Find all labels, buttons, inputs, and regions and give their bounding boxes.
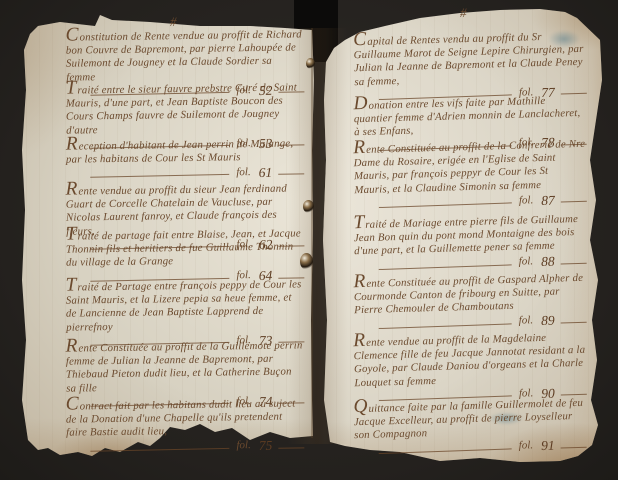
folio-row: fol.75 xyxy=(66,439,304,455)
flourish-line xyxy=(90,448,229,452)
entry-text: Capital de Rentes vendu au proffit du Sr… xyxy=(353,27,586,89)
flourish-line xyxy=(561,201,587,203)
flourish-line xyxy=(379,323,512,329)
folio-number: 91 xyxy=(541,439,555,453)
entry-text: Rente Constituée au proffit de la Guille… xyxy=(66,336,305,395)
register-entry: Quittance faite par la famille Guillermo… xyxy=(353,394,587,458)
entry-text: Traité de partage fait entre Blaise, Jea… xyxy=(66,224,305,270)
folio-label: fol. xyxy=(519,315,534,329)
entry-text: Rente vendue au proffit de la Magdelaine… xyxy=(353,328,586,390)
entry-text: Rente Constituée au proffit de la Confre… xyxy=(353,135,586,197)
register-entry: Rente Constituée au proffit de Gaspard A… xyxy=(353,269,587,333)
folio-label: fol. xyxy=(236,166,251,179)
entry-text: Quittance faite par la famille Guillermo… xyxy=(353,394,586,443)
folio-number: 88 xyxy=(541,255,555,269)
folio-label: fol. xyxy=(519,256,534,270)
flourish-line xyxy=(379,448,512,454)
stitch-hole xyxy=(303,200,314,213)
flourish-line xyxy=(561,446,587,448)
flourish-line xyxy=(90,174,229,178)
folio-number: 75 xyxy=(259,439,273,452)
gutter-crease xyxy=(311,28,313,438)
entry-text: Donation entre les vifs faite par Mathil… xyxy=(353,91,586,140)
flourish-line xyxy=(379,264,512,270)
register-entry: Rente Constituée au proffit de la Confre… xyxy=(353,135,587,212)
folio-number: 87 xyxy=(541,193,555,207)
manuscript-scan: # # Constitution de Rente vendue au prof… xyxy=(0,0,618,480)
entry-text: Rente Constituée au proffit de Gaspard A… xyxy=(353,269,586,318)
entry-text: Traité entre le sieur fauvre prebstre Cu… xyxy=(66,78,305,137)
flourish-line xyxy=(561,262,587,264)
flourish-line xyxy=(278,174,304,175)
stitch-hole xyxy=(306,58,315,69)
entry-text: Reception d'habitant de Jean perrin de M… xyxy=(66,134,304,167)
flourish-line xyxy=(278,447,304,448)
folio-label: fol. xyxy=(519,440,534,454)
page-mark-right: # xyxy=(460,5,467,21)
entry-text: Constitution de Rente vendue au proffit … xyxy=(66,25,305,84)
flourish-line xyxy=(379,202,512,208)
folio-number: 61 xyxy=(259,166,273,179)
folio-label: fol. xyxy=(236,439,251,452)
register-entry: Rente vendue au proffit de la Magdelaine… xyxy=(353,328,587,405)
register-entry: Contract fait par les habitans dudit lie… xyxy=(66,394,305,455)
entry-text: Traité de Partage entre françois peppy d… xyxy=(66,275,305,334)
register-entry: Reception d'habitant de Jean perrin de M… xyxy=(66,134,305,182)
folio-label: fol. xyxy=(519,194,534,208)
flourish-line xyxy=(561,321,587,323)
entry-text: Traité de Mariage entre pierre fils de G… xyxy=(353,210,586,259)
register-entry: Traité de Mariage entre pierre fils de G… xyxy=(353,210,587,274)
folio-number: 89 xyxy=(541,314,555,328)
entry-text: Contract fait par les habitans dudit lie… xyxy=(66,394,305,440)
